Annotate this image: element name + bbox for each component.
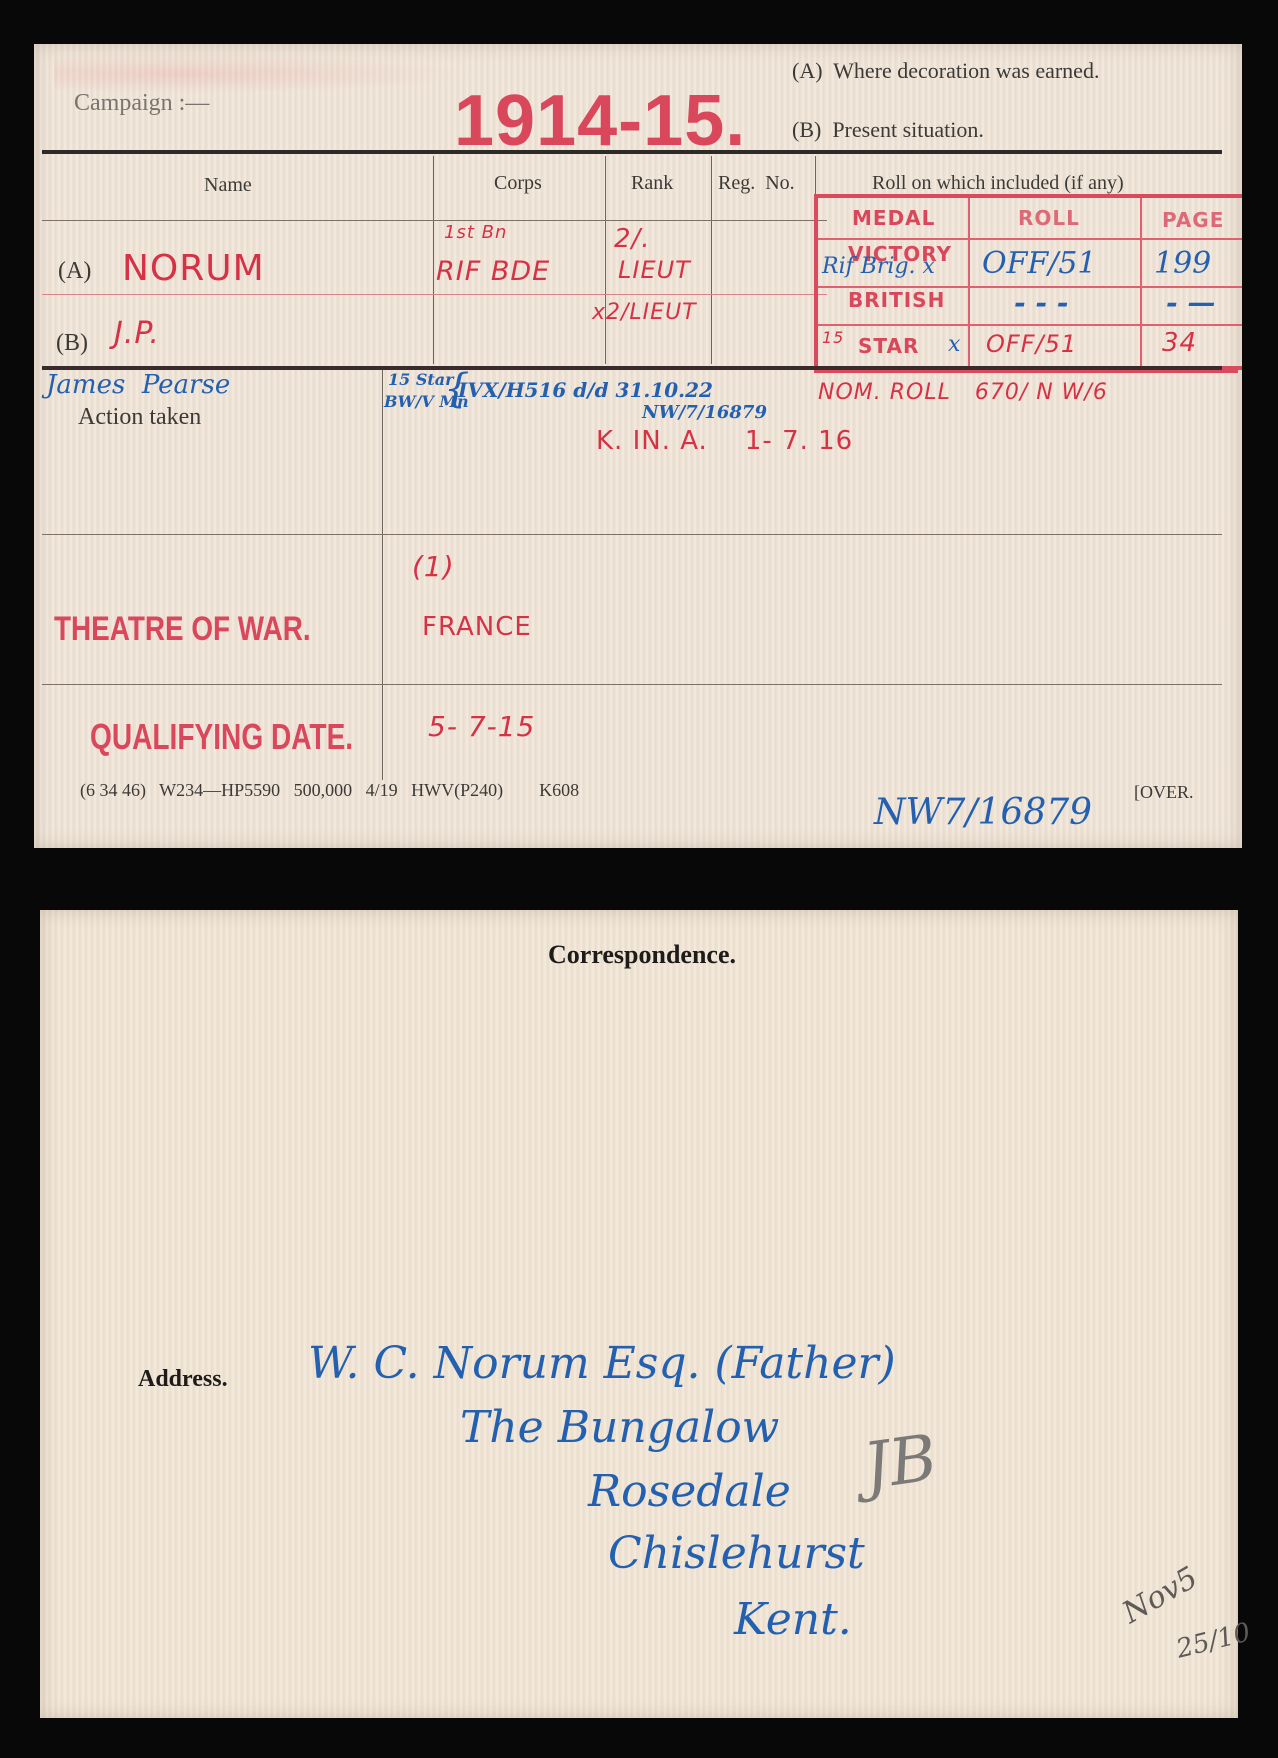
- address-line-3: Rosedale: [588, 1466, 791, 1517]
- action-note-ref: IVX/H516 d/d 31.10.22: [458, 378, 713, 402]
- header-rule: [42, 150, 1222, 154]
- stamp-rule: [818, 238, 1242, 240]
- address-line-1: W. C. Norum Esq. (Father): [308, 1338, 896, 1389]
- stamp-header-page: PAGE: [1162, 208, 1224, 232]
- british-page: - —: [1166, 286, 1215, 319]
- star-prefix: 15: [822, 328, 844, 347]
- victory-annotation: Rif Brig. x: [822, 254, 935, 279]
- action-note-ref2: NW/7/16879: [642, 402, 767, 423]
- over-note: [OVER.: [1134, 782, 1194, 803]
- address-line-5: Kent.: [734, 1594, 852, 1645]
- pencil-note: Nov5: [1117, 1560, 1204, 1630]
- theatre-value: FRANCE: [422, 612, 532, 642]
- theatre-top-rule: [42, 534, 1222, 535]
- british-roll: - - -: [1014, 286, 1068, 319]
- column-corps: Corps: [494, 172, 542, 195]
- stamp-header-medal: MEDAL: [852, 206, 935, 230]
- stamp-header-roll: ROLL: [1018, 206, 1080, 230]
- address-line-4: Chislehurst: [608, 1528, 865, 1579]
- pencil-date: 25/10: [1173, 1617, 1253, 1664]
- star-page: 34: [1162, 328, 1197, 358]
- row-b-prefix: (B): [56, 330, 88, 357]
- legend-b: (B) Present situation.: [792, 117, 984, 143]
- column-roll: Roll on which included (if any): [872, 172, 1124, 195]
- ink-smudge: [54, 54, 474, 94]
- stamp-divider: [968, 198, 970, 366]
- stamp-bottom-rule: [814, 370, 1238, 373]
- qualifying-date-label: QUALIFYING DATE.: [90, 716, 353, 758]
- row-b-rank: x2/LIEUT: [592, 300, 697, 325]
- stamp-divider: [1140, 198, 1142, 366]
- row-b-initials: J.P.: [114, 316, 160, 351]
- nominal-roll-ref: NOM. ROLL 670/ N W/6: [818, 380, 1108, 405]
- form-print-code: (6 34 46) W234—HP5590 500,000 4/19 HWV(P…: [80, 780, 579, 801]
- theatre-of-war-label: THEATRE OF WAR.: [54, 610, 311, 649]
- medal-index-card-front: Campaign :— 1914-15. (A) Where decoratio…: [34, 44, 1242, 848]
- col-divider: [433, 156, 434, 364]
- stamp-rule: [818, 324, 1242, 326]
- victory-roll: OFF/51: [982, 246, 1097, 281]
- qualifying-top-rule: [42, 684, 1222, 685]
- victory-page: 199: [1154, 246, 1211, 281]
- star-roll: OFF/51: [986, 330, 1077, 358]
- action-taken-label: Action taken: [78, 404, 201, 431]
- stamp-medal-british: BRITISH: [848, 288, 945, 312]
- column-name: Name: [204, 174, 252, 197]
- campaign-label: Campaign :—: [74, 90, 209, 117]
- row-a-rank-top: 2/.: [614, 224, 651, 254]
- row-rule: [42, 294, 827, 295]
- col-divider: [605, 156, 606, 364]
- pencil-initials: JB: [859, 1421, 941, 1504]
- row-a-surname: NORUM: [122, 248, 265, 289]
- col-divider: [711, 156, 712, 364]
- medal-roll-stamp: MEDAL ROLL PAGE VICTORY Rif Brig. x OFF/…: [814, 194, 1242, 370]
- column-reg-no: Reg. No.: [718, 172, 795, 195]
- stamp-medal-star: STAR: [858, 334, 919, 358]
- address-line-2: The Bungalow: [460, 1402, 779, 1453]
- row-rule: [42, 220, 827, 221]
- correspondence-heading: Correspondence.: [548, 940, 736, 970]
- row-a-corps-note: 1st Bn: [444, 222, 507, 243]
- medal-index-card-back: Correspondence. Address. W. C. Norum Esq…: [40, 910, 1238, 1718]
- star-annotation: x: [948, 332, 960, 357]
- qualifying-date-value: 5- 7-15: [428, 710, 535, 743]
- row-a-rank: LIEUT: [618, 256, 691, 284]
- action-divider: [382, 370, 383, 780]
- handwritten-reference: NW7/16879: [874, 792, 1092, 833]
- forenames: James Pearse: [46, 370, 230, 400]
- legend-a: (A) Where decoration was earned.: [792, 58, 1099, 84]
- killed-in-action-note: K. IN. A. 1- 7. 16: [596, 426, 853, 456]
- theatre-number: (1): [412, 550, 455, 583]
- column-rank: Rank: [631, 172, 673, 195]
- row-a-corps: RIF BDE: [436, 256, 550, 287]
- address-label: Address.: [138, 1366, 228, 1393]
- row-a-prefix: (A): [58, 258, 91, 285]
